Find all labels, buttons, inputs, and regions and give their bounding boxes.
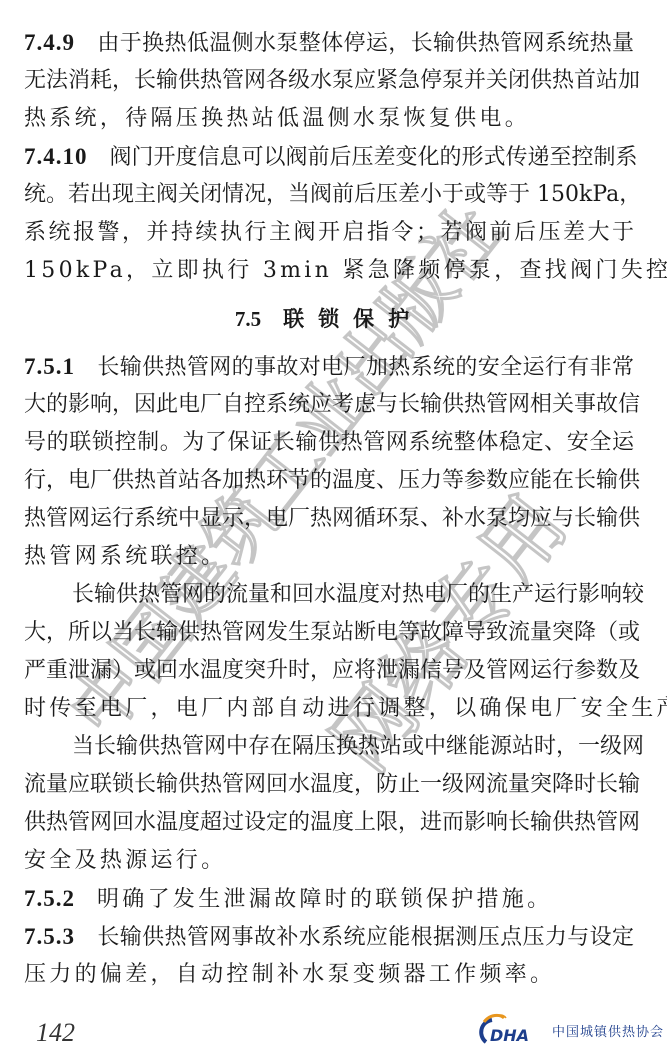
section-number: 7.5 bbox=[235, 307, 261, 331]
clause-7-5-1-para2-line-2: 大，所以当长输供热管网发生泵站断电等故障导致流量突降（或 bbox=[24, 618, 634, 648]
clause-7-5-1-para3-line-2: 流量应联锁长输供热管网回水温度，防止一级网流量突降时长输 bbox=[24, 770, 634, 800]
logo-org-name: 中国城镇供热协会 bbox=[552, 1021, 664, 1040]
clause-7-5-1-line-4: 行，电厂供热首站各加热环节的温度、压力等参数应能在长输供 bbox=[24, 466, 634, 496]
clause-7-4-9-line-2: 无法消耗，长输供热管网各级水泵应紧急停泵并关闭供热首站加 bbox=[24, 66, 634, 96]
clause-7-5-1-para2-line-4: 时传至电厂，电厂内部自动进行调整，以确保电厂安全生产。 bbox=[24, 694, 667, 724]
page-number: 142 bbox=[36, 1018, 75, 1048]
clause-number: 7.5.1 bbox=[24, 354, 75, 379]
clause-7-5-1-line-2: 大的影响，因此电厂自控系统应考虑与长输供热管网相关事故信 bbox=[24, 390, 634, 420]
clause-7-5-2-line-1: 7.5.2明确了发生泄漏故障时的联锁保护措施。 bbox=[24, 884, 552, 915]
clause-7-5-3-line-2: 压力的偏差，自动控制补水泵变频器工作频率。 bbox=[24, 960, 555, 990]
clause-7-5-1-line-1: 7.5.1长输供热管网的事故对电厂加热系统的安全运行有非常 bbox=[24, 352, 634, 383]
clause-7-5-1-para3-line-3: 供热管网回水温度超过设定的温度上限，进而影响长输供热管网 bbox=[24, 808, 634, 838]
dha-logo-icon: DHA bbox=[476, 1012, 548, 1048]
clause-7-5-1-line-5: 热管网运行系统中显示，电厂热网循环泵、补水泵均应与长输供 bbox=[24, 504, 634, 534]
section-title: 联锁保护 bbox=[283, 307, 423, 331]
clause-7-5-3-line-1: 7.5.3长输供热管网事故补水系统应能根据测压点压力与设定 bbox=[24, 922, 634, 953]
clause-7-4-10-line-4: 150kPa，立即执行 3min 紧急降频停泵，查找阀门失控原因。 bbox=[24, 256, 667, 286]
clause-7-5-1-para3-line-1: 当长输供热管网中存在隔压换热站或中继能源站时，一级网 bbox=[24, 732, 634, 762]
clause-7-4-10-line-2: 统。若出现主阀关闭情况，当阀前后压差小于或等于 150kPa， bbox=[24, 180, 634, 210]
publisher-logo: DHA 中国城镇供热协会 bbox=[476, 1010, 664, 1050]
clause-number: 7.4.10 bbox=[24, 144, 88, 169]
clause-7-5-1-para3-line-4: 安全及热源运行。 bbox=[24, 846, 226, 876]
clause-7-4-9-line-3: 热系统，待隔压换热站低温侧水泵恢复供电。 bbox=[24, 104, 530, 134]
clause-7-5-1-para2-line-1: 长输供热管网的流量和回水温度对热电厂的生产运行影响较 bbox=[24, 580, 634, 610]
clause-7-5-1-para2-line-3: 严重泄漏）或回水温度突升时，应将泄漏信号及管网运行参数及 bbox=[24, 656, 634, 686]
clause-7-4-10-line-1: 7.4.10阀门开度信息可以阀前后压差变化的形式传递至控制系 bbox=[24, 142, 634, 173]
clause-number: 7.5.2 bbox=[24, 886, 75, 911]
clause-7-5-1-line-6: 热管网系统联控。 bbox=[24, 542, 226, 572]
clause-7-4-10-line-3: 系统报警，并持续执行主阀开启指令；若阀前后压差大于 bbox=[24, 218, 634, 248]
section-heading: 7.5联锁保护 bbox=[24, 304, 634, 334]
svg-text:DHA: DHA bbox=[490, 1026, 529, 1045]
clause-number: 7.4.9 bbox=[24, 30, 75, 55]
clause-7-5-1-line-3: 号的联锁控制。为了保证长输供热管网系统整体稳定、安全运 bbox=[24, 428, 634, 458]
clause-7-4-9-line-1: 7.4.9由于换热低温侧水泵整体停运，长输供热管网系统热量 bbox=[24, 28, 634, 59]
clause-number: 7.5.3 bbox=[24, 924, 75, 949]
